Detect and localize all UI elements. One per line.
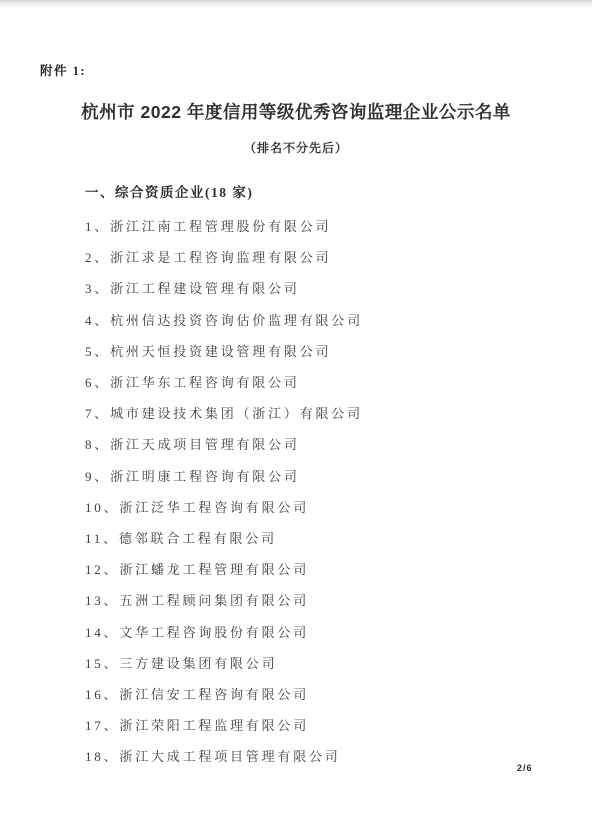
company-list-item: 18、浙江大成工程项目管理有限公司 (85, 740, 555, 771)
company-list-item: 1、浙江江南工程管理股份有限公司 (85, 210, 555, 241)
company-list-item: 4、杭州信达投资咨询估价监理有限公司 (85, 304, 555, 335)
company-list: 1、浙江江南工程管理股份有限公司2、浙江求是工程咨询监理有限公司3、浙江工程建设… (85, 210, 555, 771)
section-heading: 一、综合资质企业(18 家) (85, 181, 253, 201)
company-list-item: 6、浙江华东工程咨询有限公司 (85, 366, 555, 397)
page-top-edge-shadow (0, 0, 592, 12)
company-list-item: 16、浙江信安工程咨询有限公司 (85, 678, 555, 709)
document-page: 附件 1: 杭州市 2022 年度信用等级优秀咨询监理企业公示名单 （排名不分先… (0, 0, 592, 817)
company-list-item: 14、文华工程咨询股份有限公司 (85, 615, 555, 646)
company-list-item: 9、浙江明康工程咨询有限公司 (85, 460, 555, 491)
company-list-item: 3、浙江工程建设管理有限公司 (85, 272, 555, 303)
document-subtitle: （排名不分先后） (0, 139, 592, 156)
company-list-item: 2、浙江求是工程咨询监理有限公司 (85, 241, 555, 272)
company-list-item: 17、浙江荣阳工程监理有限公司 (85, 709, 555, 740)
company-list-item: 7、城市建设技术集团（浙江）有限公司 (85, 397, 555, 428)
company-list-item: 11、德邻联合工程有限公司 (85, 522, 555, 553)
attachment-label: 附件 1: (40, 61, 86, 79)
company-list-item: 15、三方建设集团有限公司 (85, 647, 555, 678)
page-number: 2/6 (517, 763, 533, 773)
company-list-item: 8、浙江天成项目管理有限公司 (85, 428, 555, 459)
company-list-item: 13、五洲工程顾问集团有限公司 (85, 584, 555, 615)
company-list-item: 10、浙江泛华工程咨询有限公司 (85, 491, 555, 522)
document-title: 杭州市 2022 年度信用等级优秀咨询监理企业公示名单 (0, 99, 592, 124)
company-list-item: 5、杭州天恒投资建设管理有限公司 (85, 335, 555, 366)
company-list-item: 12、浙江蟠龙工程管理有限公司 (85, 553, 555, 584)
